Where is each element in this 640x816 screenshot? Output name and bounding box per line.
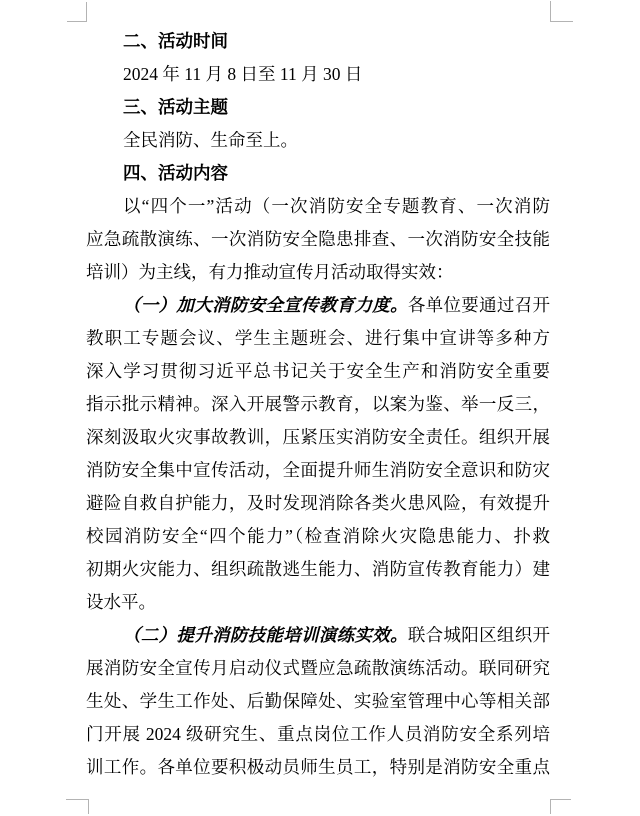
body-text: 展消防安全宣传月启动仪式暨应急疏散演练活动。联同研究 [86, 658, 550, 678]
heading-text: 三、活动主题 [123, 97, 228, 117]
activity-theme-value: 全民消防、生命至上。 [86, 124, 550, 157]
body-text: 指示批示精神。深入开展警示教育，以案为鉴、举一反三， [86, 394, 550, 414]
lead-in-text: （一）加大消防安全宣传教育力度。 [123, 295, 408, 315]
body-text: 联合城阳区组织开 [408, 625, 550, 645]
crop-mark-top-right [550, 1, 573, 22]
paragraph-line: 以“四个一”活动（一次消防安全专题教育、一次消防 [86, 190, 550, 223]
body-text: 设水平。 [86, 592, 156, 612]
body-text: 教职工专题会议、学生主题班会、进行集中宣讲等多种方式， [86, 328, 550, 355]
body-text: 各单位要通过召开 [408, 295, 550, 315]
paragraph-line: 指示批示精神。深入开展警示教育，以案为鉴、举一反三， [86, 388, 550, 421]
paragraph-line: 门开展 2024 级研究生、重点岗位工作人员消防安全系列培 [86, 718, 550, 751]
paragraph-line: 展消防安全宣传月启动仪式暨应急疏散演练活动。联同研究 [86, 652, 550, 685]
page-sheet: 二、活动时间2024 年 11 月 8 日至 11 月 30 日三、活动主题全民… [0, 0, 640, 816]
heading-activity-content: 四、活动内容 [86, 157, 550, 190]
paragraph-line: 设水平。 [86, 586, 550, 619]
paragraph-line: 校园消防安全“四个能力”（检查消除火灾隐患能力、扑救 [86, 520, 550, 553]
body-text: 初期火灾能力、组织疏散逃生能力、消防宣传教育能力）建 [86, 559, 550, 579]
body-text: 避险自救自护能力，及时发现消除各类火患风险，有效提升 [86, 493, 550, 513]
document-text-block: 二、活动时间2024 年 11 月 8 日至 11 月 30 日三、活动主题全民… [86, 25, 550, 784]
paragraph-line: （一）加大消防安全宣传教育力度。各单位要通过召开 [86, 289, 550, 322]
body-text: 应急疏散演练、一次消防安全隐患排查、一次消防安全技能 [86, 229, 550, 249]
lead-in-text: （二）提升消防技能培训演练实效。 [123, 625, 408, 645]
body-text: 深刻汲取火灾事故教训，压紧压实消防安全责任。组织开展 [86, 427, 550, 447]
paragraph-line: 深入学习贯彻习近平总书记关于安全生产和消防安全重要 [86, 355, 550, 388]
body-text: 2024 年 11 月 8 日至 11 月 30 日 [123, 64, 362, 84]
body-text: 深入学习贯彻习近平总书记关于安全生产和消防安全重要 [86, 361, 550, 381]
body-text: 培训）为主线，有力推动宣传月活动取得实效： [86, 262, 454, 282]
crop-mark-bottom-left [66, 799, 89, 814]
paragraph-line: 应急疏散演练、一次消防安全隐患排查、一次消防安全技能 [86, 223, 550, 256]
body-text: 全民消防、生命至上。 [123, 130, 298, 150]
paragraph-line: 训工作。各单位要积极动员师生员工，特别是消防安全重点 [86, 751, 550, 784]
paragraph-line: （二）提升消防技能培训演练实效。联合城阳区组织开 [86, 619, 550, 652]
body-text: 训工作。各单位要积极动员师生员工，特别是消防安全重点 [86, 757, 550, 777]
paragraph-line: 生处、学生工作处、后勤保障处、实验室管理中心等相关部 [86, 685, 550, 718]
heading-activity-time: 二、活动时间 [86, 25, 550, 58]
paragraph-line: 深刻汲取火灾事故教训，压紧压实消防安全责任。组织开展 [86, 421, 550, 454]
body-text: 生处、学生工作处、后勤保障处、实验室管理中心等相关部 [86, 691, 550, 711]
body-text: 门开展 2024 级研究生、重点岗位工作人员消防安全系列培 [86, 724, 550, 744]
paragraph-line: 培训）为主线，有力推动宣传月活动取得实效： [86, 256, 550, 289]
heading-activity-theme: 三、活动主题 [86, 91, 550, 124]
crop-mark-bottom-right [550, 799, 571, 814]
paragraph-line: 避险自救自护能力，及时发现消除各类火患风险，有效提升 [86, 487, 550, 520]
paragraph-line: 教职工专题会议、学生主题班会、进行集中宣讲等多种方式， [86, 322, 550, 355]
body-text: 校园消防安全“四个能力”（检查消除火灾隐患能力、扑救 [86, 526, 550, 546]
paragraph-line: 初期火灾能力、组织疏散逃生能力、消防宣传教育能力）建 [86, 553, 550, 586]
document-page: { "page": { "background": "#ffffff", "te… [0, 0, 640, 816]
heading-text: 四、活动内容 [123, 163, 228, 183]
activity-time-value: 2024 年 11 月 8 日至 11 月 30 日 [86, 58, 550, 91]
crop-mark-top-left [67, 2, 87, 22]
body-text: 消防安全集中宣传活动，全面提升师生消防安全意识和防灾 [86, 460, 550, 480]
body-text: 以“四个一”活动（一次消防安全专题教育、一次消防 [123, 196, 550, 216]
paragraph-line: 消防安全集中宣传活动，全面提升师生消防安全意识和防灾 [86, 454, 550, 487]
heading-text: 二、活动时间 [123, 31, 228, 51]
